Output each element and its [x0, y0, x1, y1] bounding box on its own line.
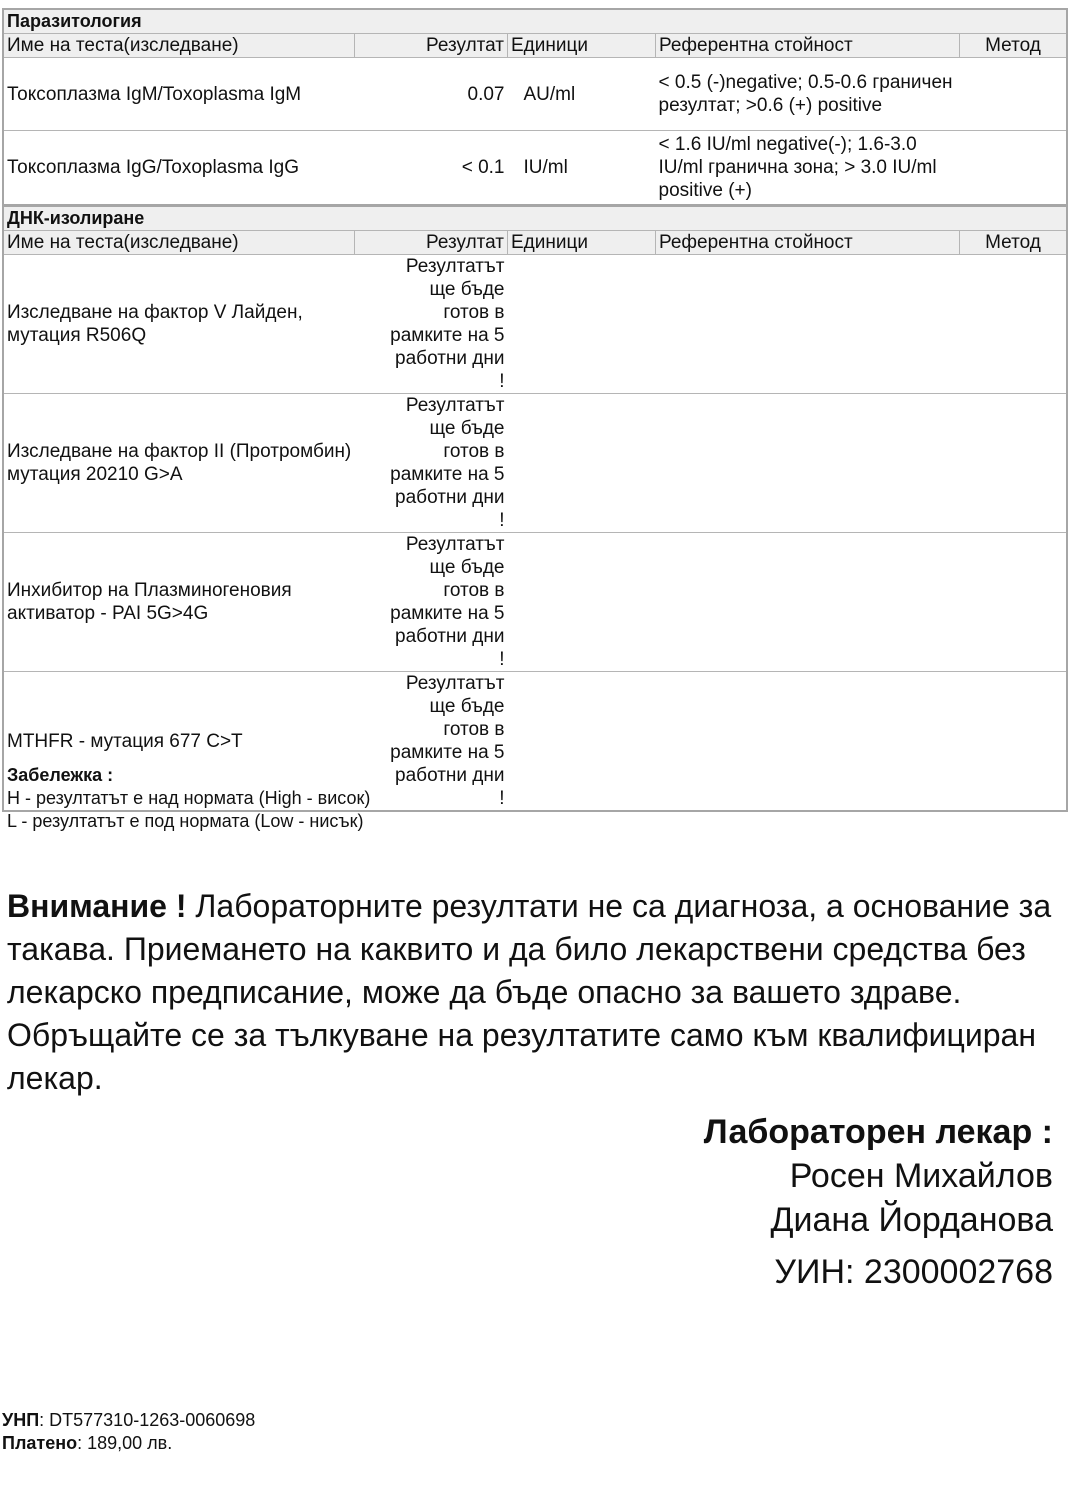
test-reference — [656, 533, 960, 672]
test-result: 0.07 — [355, 58, 508, 131]
table-row: Изследване на фактор V Лайден, мутация R… — [4, 255, 1066, 394]
test-method — [960, 672, 1067, 811]
test-units — [508, 255, 656, 394]
test-reference — [656, 255, 960, 394]
unp-label: УНП — [2, 1410, 39, 1430]
column-header-result: Резултат — [355, 231, 508, 255]
test-name: Изследване на фактор II (Протромбин) мут… — [4, 394, 355, 533]
test-result: Резултатът ще бъде готов в рамките на 5 … — [355, 533, 508, 672]
lab-doctor-label: Лабораторен лекар : — [704, 1110, 1053, 1154]
section-dna-isolation: ДНК-изолиране Име на теста(изследване) Р… — [2, 205, 1068, 812]
doctor-uin: УИН: 2300002768 — [704, 1250, 1053, 1294]
column-header-method: Метод — [960, 34, 1067, 58]
test-name: Инхибитор на Плазминогеновия активатор -… — [4, 533, 355, 672]
warning-paragraph: Внимание ! Лабораторните резултати не са… — [7, 885, 1067, 1100]
pending-result-text: Резултатът ще бъде готов в рамките на 5 … — [390, 394, 505, 532]
pending-result-text: Резултатът ще бъде готов в рамките на 5 … — [390, 533, 505, 671]
table-row: Изследване на фактор II (Протромбин) мут… — [4, 394, 1066, 533]
test-result: Резултатът ще бъде готов в рамките на 5 … — [355, 672, 508, 811]
column-header-units: Единици — [508, 231, 656, 255]
test-units: AU/ml — [508, 58, 656, 131]
test-name: Изследване на фактор V Лайден, мутация R… — [4, 255, 355, 394]
section-title: Паразитология — [4, 10, 1066, 34]
test-method — [960, 255, 1067, 394]
test-units — [508, 672, 656, 811]
section-parasitology: Паразитология Име на теста(изследване) Р… — [2, 8, 1068, 206]
test-method — [960, 58, 1067, 131]
signature-block: Лабораторен лекар : Росен Михайлов Диана… — [704, 1110, 1053, 1294]
table-header-row: Име на теста(изследване) Резултат Единиц… — [4, 231, 1066, 255]
notes-block: Забележка : H - резултатът е над нормата… — [7, 764, 370, 833]
column-header-name: Име на теста(изследване) — [4, 231, 355, 255]
column-header-name: Име на теста(изследване) — [4, 34, 355, 58]
test-method — [960, 131, 1067, 204]
unp-line: УНП: DT577310-1263-0060698 — [2, 1409, 255, 1432]
warning-lead: Внимание ! — [7, 888, 187, 924]
test-reference: < 0.5 (-)negative; 0.5-0.6 граничен резу… — [656, 58, 960, 131]
column-header-method: Метод — [960, 231, 1067, 255]
test-reference: < 1.6 IU/ml negative(-); 1.6-3.0 IU/ml г… — [656, 131, 960, 204]
test-result: Резултатът ще бъде готов в рамките на 5 … — [355, 394, 508, 533]
column-header-result: Резултат — [355, 34, 508, 58]
column-header-reference: Референтна стойност — [656, 231, 960, 255]
footer-block: УНП: DT577310-1263-0060698 Платено: 189,… — [2, 1409, 255, 1455]
note-line-high: H - резултатът е над нормата (High - вис… — [7, 787, 370, 810]
pending-result-text: Резултатът ще бъде готов в рамките на 5 … — [390, 255, 505, 393]
table-row: Инхибитор на Плазминогеновия активатор -… — [4, 533, 1066, 672]
test-result: < 0.1 — [355, 131, 508, 204]
note-line-low: L - резултатът е под нормата (Low - нисъ… — [7, 810, 370, 833]
paid-line: Платено: 189,00 лв. — [2, 1432, 255, 1455]
test-name: Токсоплазма IgM/Toxoplasma IgM — [4, 58, 355, 131]
doctor-name: Росен Михайлов — [704, 1154, 1053, 1198]
test-reference — [656, 672, 960, 811]
test-method — [960, 394, 1067, 533]
test-result: Резултатът ще бъде готов в рамките на 5 … — [355, 255, 508, 394]
table-row: Токсоплазма IgG/Toxoplasma IgG < 0.1 IU/… — [4, 131, 1066, 204]
section-title: ДНК-изолиране — [4, 207, 1066, 231]
table-header-row: Име на теста(изследване) Резултат Единиц… — [4, 34, 1066, 58]
unp-value: : DT577310-1263-0060698 — [39, 1410, 255, 1430]
doctor-name: Диана Йорданова — [704, 1198, 1053, 1242]
test-reference — [656, 394, 960, 533]
test-units — [508, 533, 656, 672]
column-header-units: Единици — [508, 34, 656, 58]
test-method — [960, 533, 1067, 672]
column-header-reference: Референтна стойност — [656, 34, 960, 58]
test-name: Токсоплазма IgG/Toxoplasma IgG — [4, 131, 355, 204]
results-table: Име на теста(изследване) Резултат Единиц… — [4, 231, 1066, 810]
pending-result-text: Резултатът ще бъде готов в рамките на 5 … — [390, 672, 505, 810]
test-units — [508, 394, 656, 533]
table-row: Токсоплазма IgM/Toxoplasma IgM 0.07 AU/m… — [4, 58, 1066, 131]
results-table: Име на теста(изследване) Резултат Единиц… — [4, 34, 1066, 204]
notes-title: Забележка : — [7, 765, 113, 785]
test-units: IU/ml — [508, 131, 656, 204]
paid-label: Платено — [2, 1433, 77, 1453]
paid-value: : 189,00 лв. — [77, 1433, 172, 1453]
